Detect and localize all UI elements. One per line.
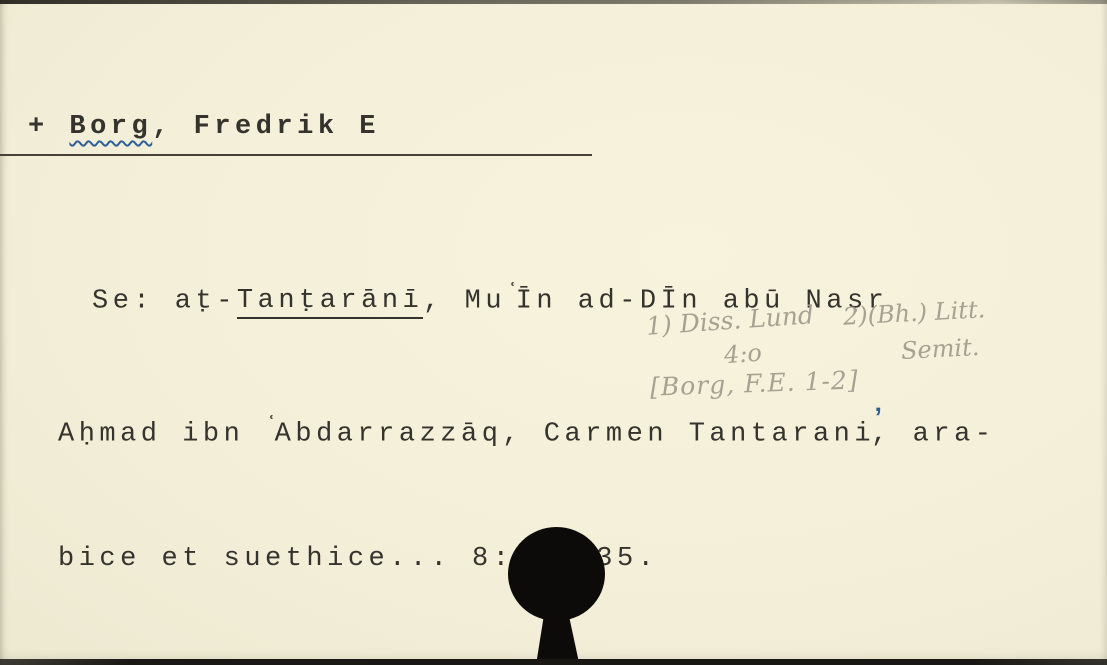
entry-line-2: Aḥmad ibn ʿAbdarrazzāq, Carmen Tantarani… (58, 406, 995, 456)
card-top-edge (0, 0, 1107, 4)
catalog-card: + Borg, Fredrik E Se: aṭ-Tanṭarānī, MuʿĪ… (0, 0, 1107, 665)
pencil-note-quarto: 4:o (723, 339, 763, 370)
text-segment: Aḥmad ibn (58, 419, 265, 449)
heading-rule (0, 154, 592, 156)
pencil-note-semit: Semit. (900, 333, 980, 365)
text-segment: , ara- (871, 419, 995, 449)
text-segment: Se: aṭ- (92, 286, 237, 316)
text-segment: ʼ (870, 405, 886, 435)
card-bottom-edge (0, 659, 1107, 665)
text-segment: + (28, 112, 69, 142)
text-segment: , Mu (423, 286, 506, 316)
text-segment: Tanṭarānī (237, 286, 423, 319)
text-segment: Borg (69, 112, 152, 142)
text-segment: Abdarrazzāq, Carmen Tantarani (275, 419, 875, 449)
entry-heading: + Borg, Fredrik E (28, 112, 380, 142)
text-segment: , Fredrik E (152, 112, 380, 142)
